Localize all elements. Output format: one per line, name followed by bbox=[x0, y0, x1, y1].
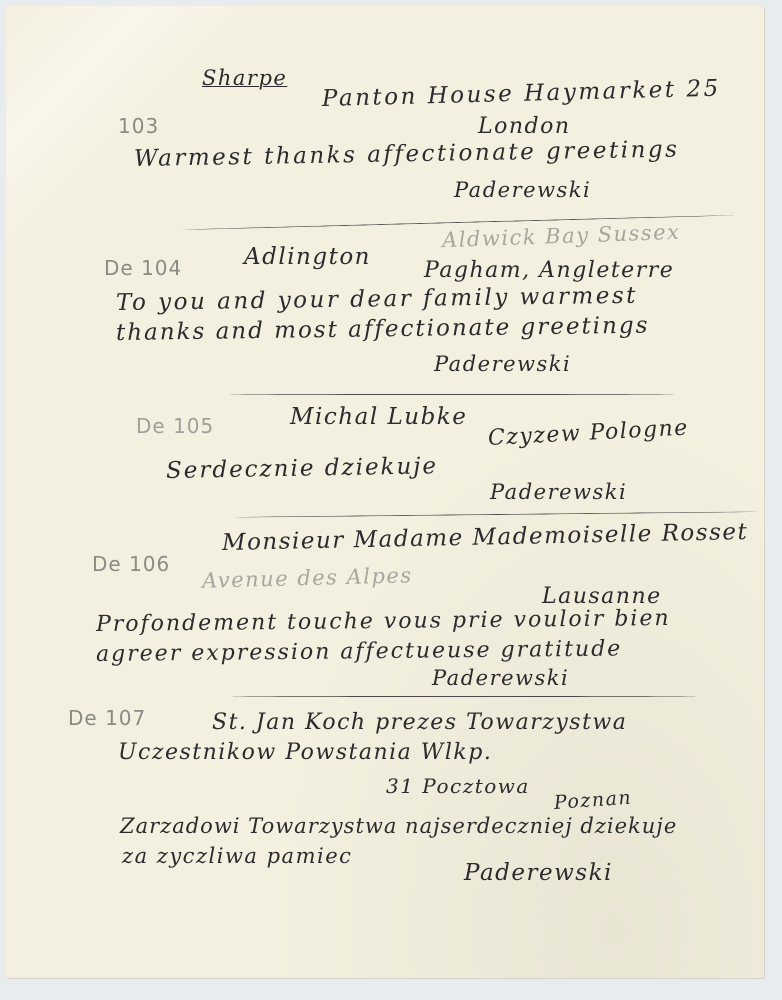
address-line: Panton House Haymarket 25 bbox=[322, 76, 721, 112]
address-line: London bbox=[478, 114, 571, 139]
entry-prefix: De bbox=[104, 256, 134, 280]
recipient-name: Adlington bbox=[244, 244, 371, 270]
recipient-name: Monsieur Madame Mademoiselle Rosset bbox=[222, 519, 749, 556]
message-line: Serdecznie dziekuje bbox=[166, 453, 439, 484]
message-line: Profondement touche vous prie vouloir bi… bbox=[96, 606, 671, 637]
recipient-name: Sharpe bbox=[202, 66, 287, 90]
divider bbox=[230, 696, 698, 697]
added-address: Avenue des Alpes bbox=[202, 563, 413, 593]
entry-number: De 107 bbox=[68, 706, 146, 730]
entry-number: De 105 bbox=[136, 414, 214, 438]
message-line: Warmest thanks affectionate greetings bbox=[134, 136, 680, 172]
entry-prefix: De bbox=[92, 552, 122, 576]
message-line: To you and your dear family warmest bbox=[116, 283, 638, 316]
signature: Paderewski bbox=[434, 352, 571, 376]
divider bbox=[232, 511, 760, 518]
signature: Paderewski bbox=[464, 860, 613, 886]
entry-number: 103 bbox=[118, 114, 159, 138]
signature: Paderewski bbox=[454, 178, 591, 202]
added-address: Aldwick Bay Sussex bbox=[442, 220, 681, 252]
signature: Paderewski bbox=[432, 666, 569, 690]
entry-number-value: 106 bbox=[129, 552, 170, 576]
recipient-line: St. Jan Koch prezes Towarzystwa bbox=[212, 710, 627, 735]
address-line: Pagham, Angleterre bbox=[424, 258, 674, 283]
signature: Paderewski bbox=[490, 480, 627, 504]
document-page: Sharpe Panton House Haymarket 25 103 Lon… bbox=[6, 6, 764, 978]
entry-number-value: 104 bbox=[141, 256, 182, 280]
divider bbox=[228, 394, 676, 395]
message-line: thanks and most affectionate greetings bbox=[116, 313, 650, 346]
entry-prefix: De bbox=[136, 414, 166, 438]
address-line: 31 Pocztowa bbox=[386, 774, 530, 798]
entry-number-value: 105 bbox=[173, 414, 214, 438]
entry-prefix: De bbox=[68, 706, 98, 730]
entry-number: De 104 bbox=[104, 256, 182, 280]
entry-number-value: 107 bbox=[105, 706, 146, 730]
message-line: agreer expression affectueuse gratitude bbox=[96, 636, 623, 667]
recipient-name: Michal Lubke bbox=[290, 404, 467, 430]
address-line: Poznan bbox=[553, 787, 633, 814]
recipient-line: Uczestnikow Powstania Wlkp. bbox=[118, 740, 492, 765]
message-line: Zarzadowi Towarzystwa najserdeczniej dzi… bbox=[120, 814, 677, 838]
address-line: Czyzew Pologne bbox=[487, 415, 689, 450]
entry-number: De 106 bbox=[92, 552, 170, 576]
address-line: Lausanne bbox=[542, 584, 662, 609]
message-line: za zyczliwa pamiec bbox=[122, 844, 352, 868]
